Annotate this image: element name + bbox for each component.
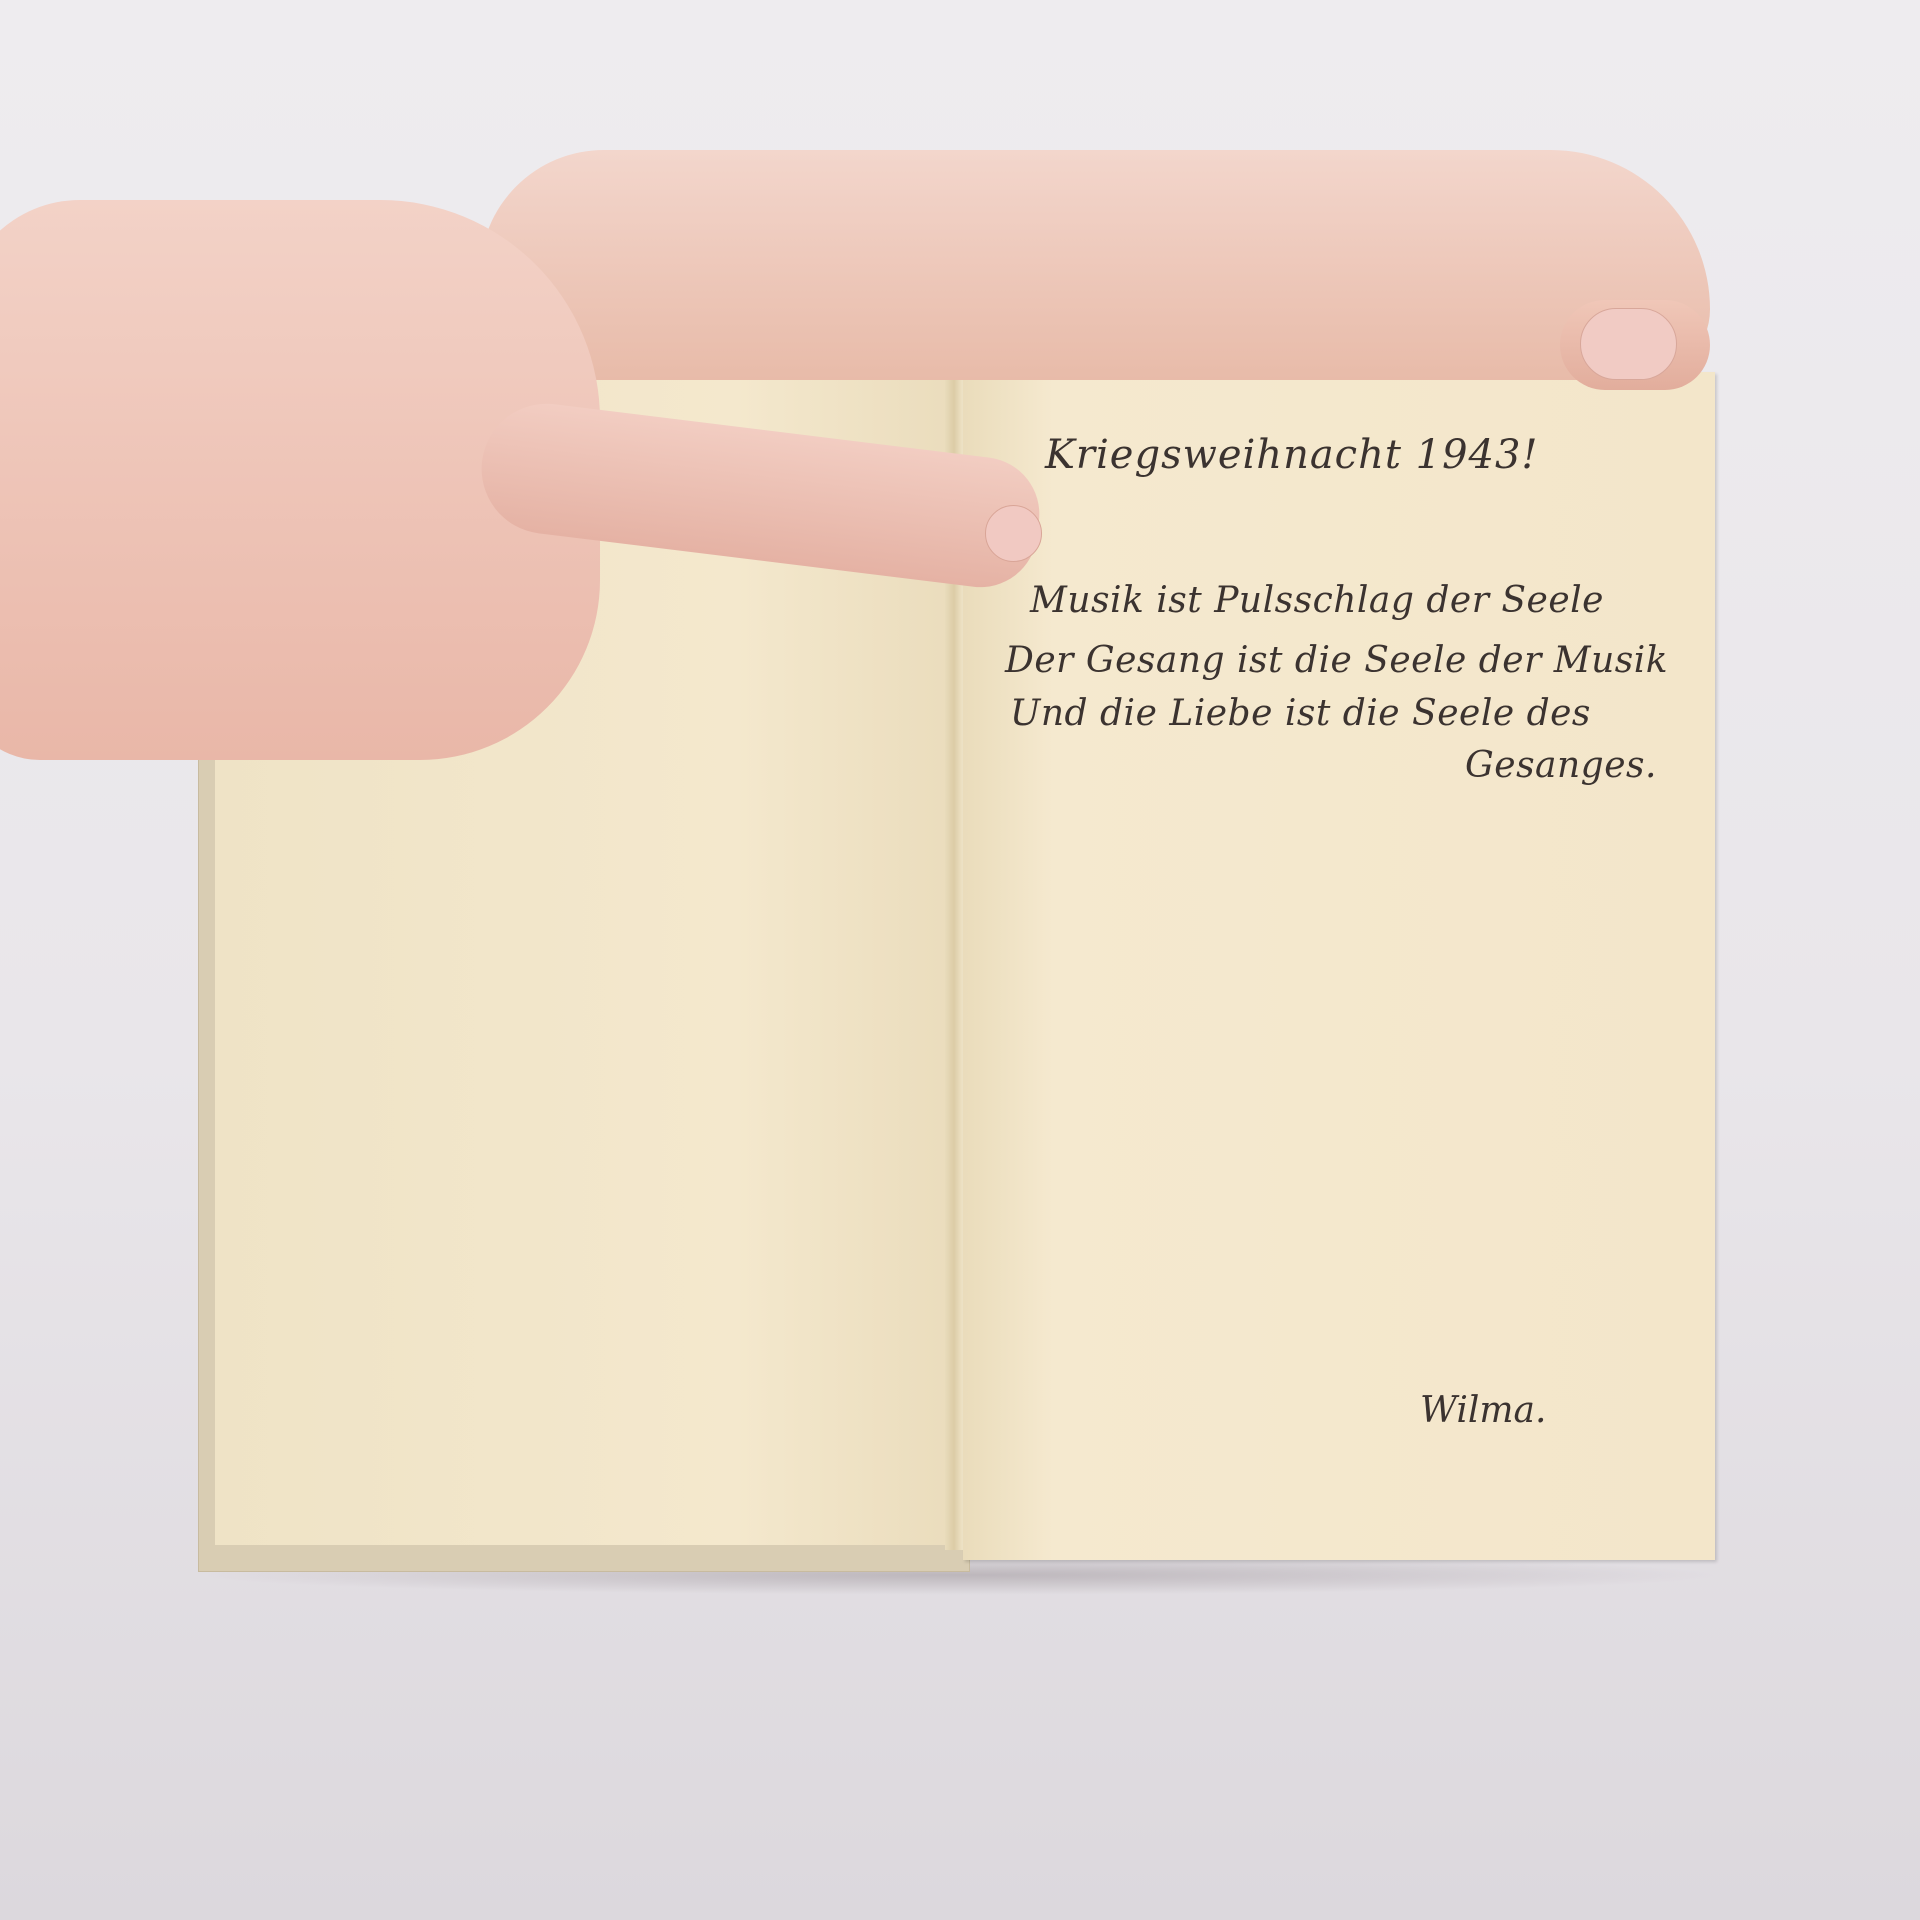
right-arm <box>480 150 1710 380</box>
inscription-signature: Wilma. <box>1420 1390 1546 1431</box>
thumbnail <box>1580 308 1677 380</box>
inscription-line-3: Und die Liebe ist die Seele des <box>1010 693 1591 734</box>
inscription-line-1: Musik ist Pulsschlag der Seele <box>1030 580 1604 621</box>
fingernail <box>985 505 1042 562</box>
inscription-line-4: Gesanges. <box>1465 745 1657 786</box>
inscription-title: Kriegsweihnacht 1943! <box>1045 432 1539 478</box>
right-page <box>963 372 1715 1560</box>
inscription-line-2: Der Gesang ist die Seele der Musik <box>1005 640 1668 681</box>
